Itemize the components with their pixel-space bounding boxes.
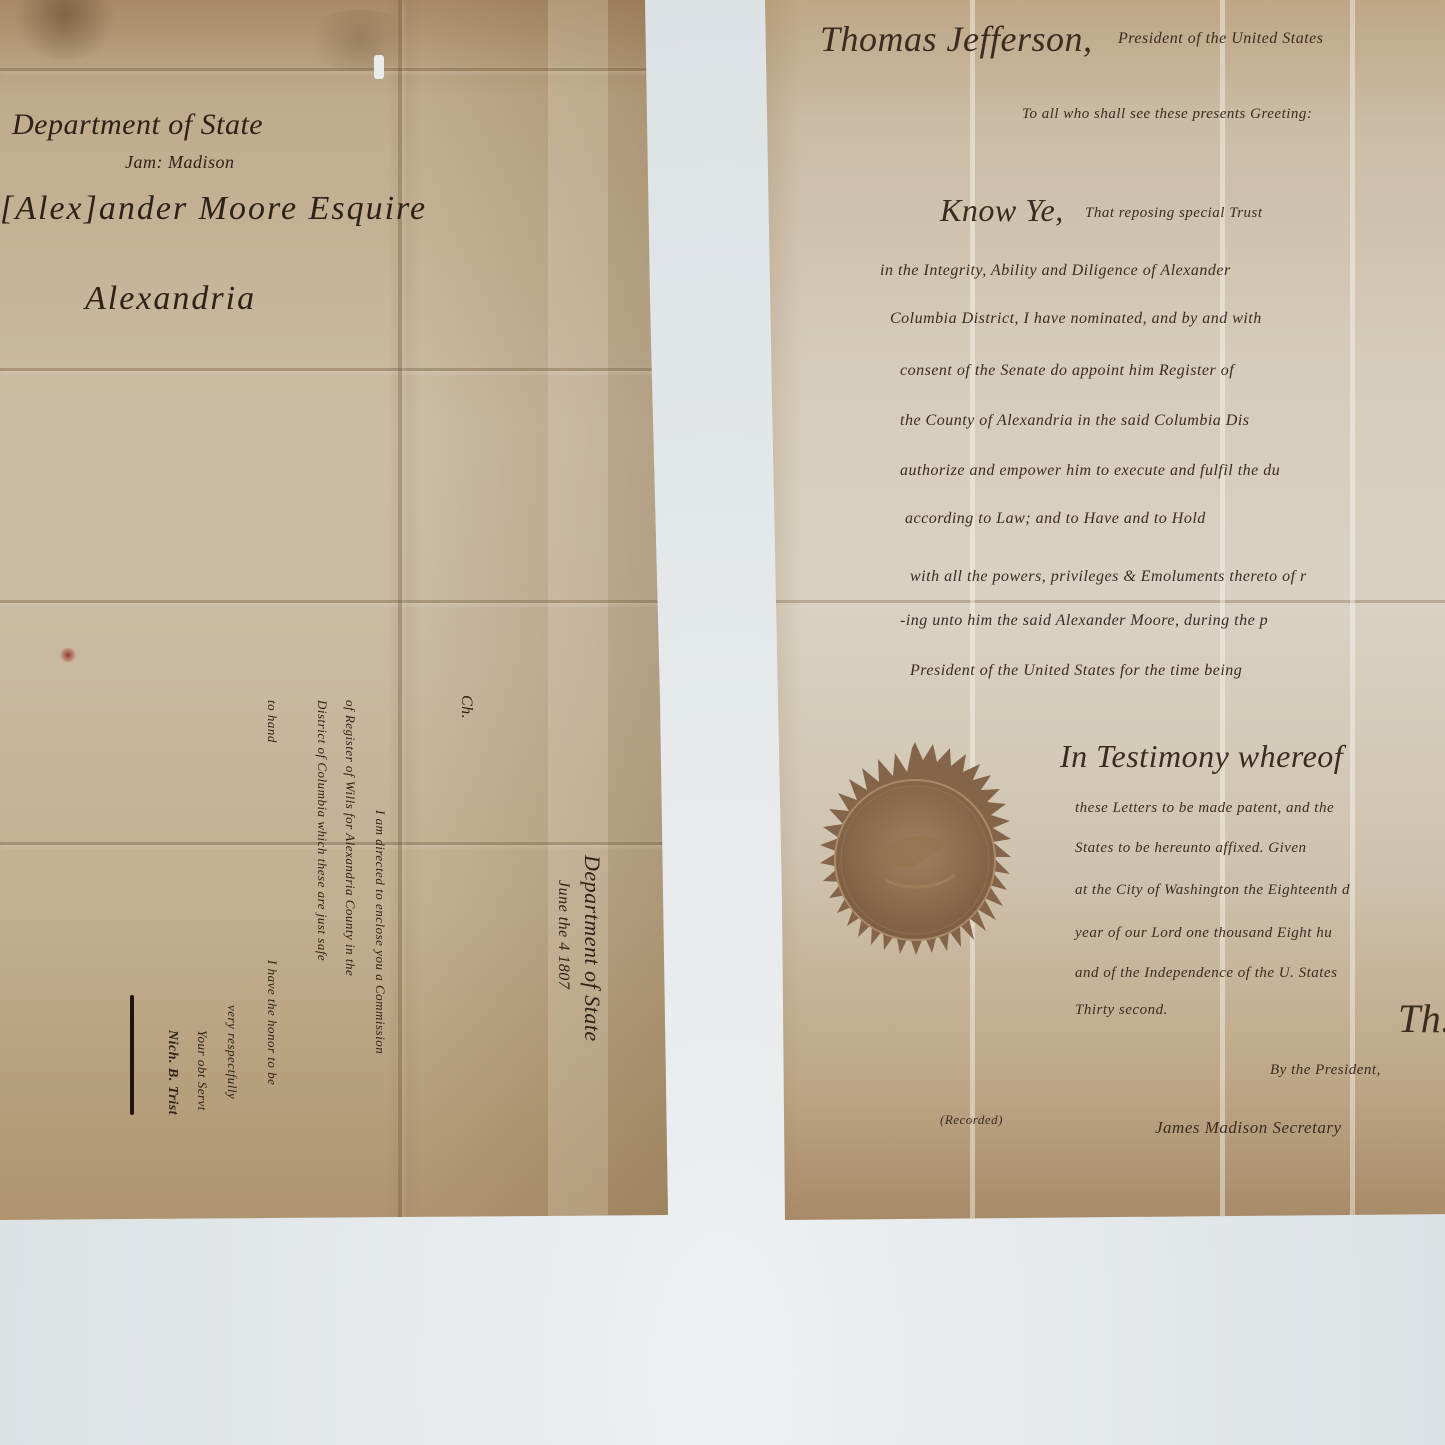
docket-line: of Register of Wills for Alexandria Coun… (342, 700, 358, 976)
address-line-franking: Jam: Madison (125, 152, 234, 173)
docket-department: Department of State (579, 855, 605, 1042)
docket-mark: Ch. (457, 695, 475, 719)
commission-salutation: To all who shall see these presents Gree… (1022, 106, 1312, 123)
left-document-letter-cover: Department of State Jam: Madison [Alex]a… (0, 0, 668, 1220)
fold-line (0, 842, 668, 845)
commission-body-line: President of the United States for the t… (910, 662, 1242, 680)
wax-stain (10, 0, 120, 60)
red-wax-spot (58, 648, 78, 662)
commission-testimony-line: at the City of Washington the Eighteenth… (1075, 882, 1350, 899)
fold-line (760, 600, 1445, 603)
commission-president-title: President of the United States (1118, 30, 1323, 48)
docket-line: I have the honor to be (264, 960, 280, 1085)
fold-line (1350, 0, 1355, 1220)
ink-flourish (130, 995, 134, 1115)
docket-line: District of Columbia which these are jus… (314, 700, 330, 961)
fold-line (0, 68, 668, 71)
commission-body-line: That reposing special Trust (1085, 205, 1263, 222)
commission-testimony-line: States to be hereunto affixed. Given (1075, 840, 1307, 857)
stain (300, 10, 420, 70)
docket-date: June the 4 1807 (554, 880, 572, 989)
docket-line: very respectfully (224, 1005, 240, 1099)
commission-testimony-line: Thirty second. (1075, 1002, 1168, 1019)
commission-know-ye: Know Ye, (940, 192, 1064, 229)
docket-line: Your obt Servt (194, 1030, 210, 1111)
commission-testimony-heading: In Testimony whereof (1060, 738, 1343, 775)
fold-line (398, 0, 402, 1220)
commission-body-line: consent of the Senate do appoint him Reg… (900, 362, 1234, 380)
commission-body-line: -ing unto him the said Alexander Moore, … (900, 612, 1268, 630)
commission-body-line: with all the powers, privileges & Emolum… (910, 568, 1307, 586)
address-line-recipient: [Alex]ander Moore Esquire (0, 190, 427, 228)
commission-testimony-line: year of our Lord one thousand Eight hu (1075, 925, 1332, 942)
commission-body-line: Columbia District, I have nominated, and… (890, 310, 1262, 328)
commission-body-line: in the Integrity, Ability and Diligence … (880, 262, 1231, 280)
commission-testimony-line: and of the Independence of the U. States (1075, 965, 1337, 982)
embossed-seal-icon (790, 735, 1040, 985)
commission-body-line: the County of Alexandria in the said Col… (900, 412, 1250, 430)
paper-tear (374, 55, 384, 79)
docket-signature: Nich. B. Trist (164, 1030, 180, 1115)
attestation-by-president: By the President, (1270, 1062, 1381, 1079)
commission-body-line: according to Law; and to Have and to Hol… (905, 510, 1206, 528)
docket-line: to hand (264, 700, 280, 743)
docket-line: I am directed to enclose you a Commissio… (372, 810, 388, 1054)
fold-line (0, 600, 668, 603)
commission-body-line: authorize and empower him to execute and… (900, 462, 1280, 480)
right-document-commission: Thomas Jefferson, President of the Unite… (760, 0, 1445, 1220)
fold-line (970, 0, 975, 1220)
attestation-secretary-signature: James Madison Secretary (1155, 1118, 1342, 1138)
address-line-department: Department of State (12, 108, 263, 142)
president-signature: Th. (1398, 995, 1445, 1042)
commission-testimony-line: these Letters to be made patent, and the (1075, 800, 1334, 817)
address-line-city: Alexandria (85, 280, 256, 318)
fold-line (0, 368, 668, 371)
recorded-note: (Recorded) (940, 1112, 1003, 1128)
fold-line (1220, 0, 1225, 1220)
commission-president-name: Thomas Jefferson, (820, 18, 1093, 60)
